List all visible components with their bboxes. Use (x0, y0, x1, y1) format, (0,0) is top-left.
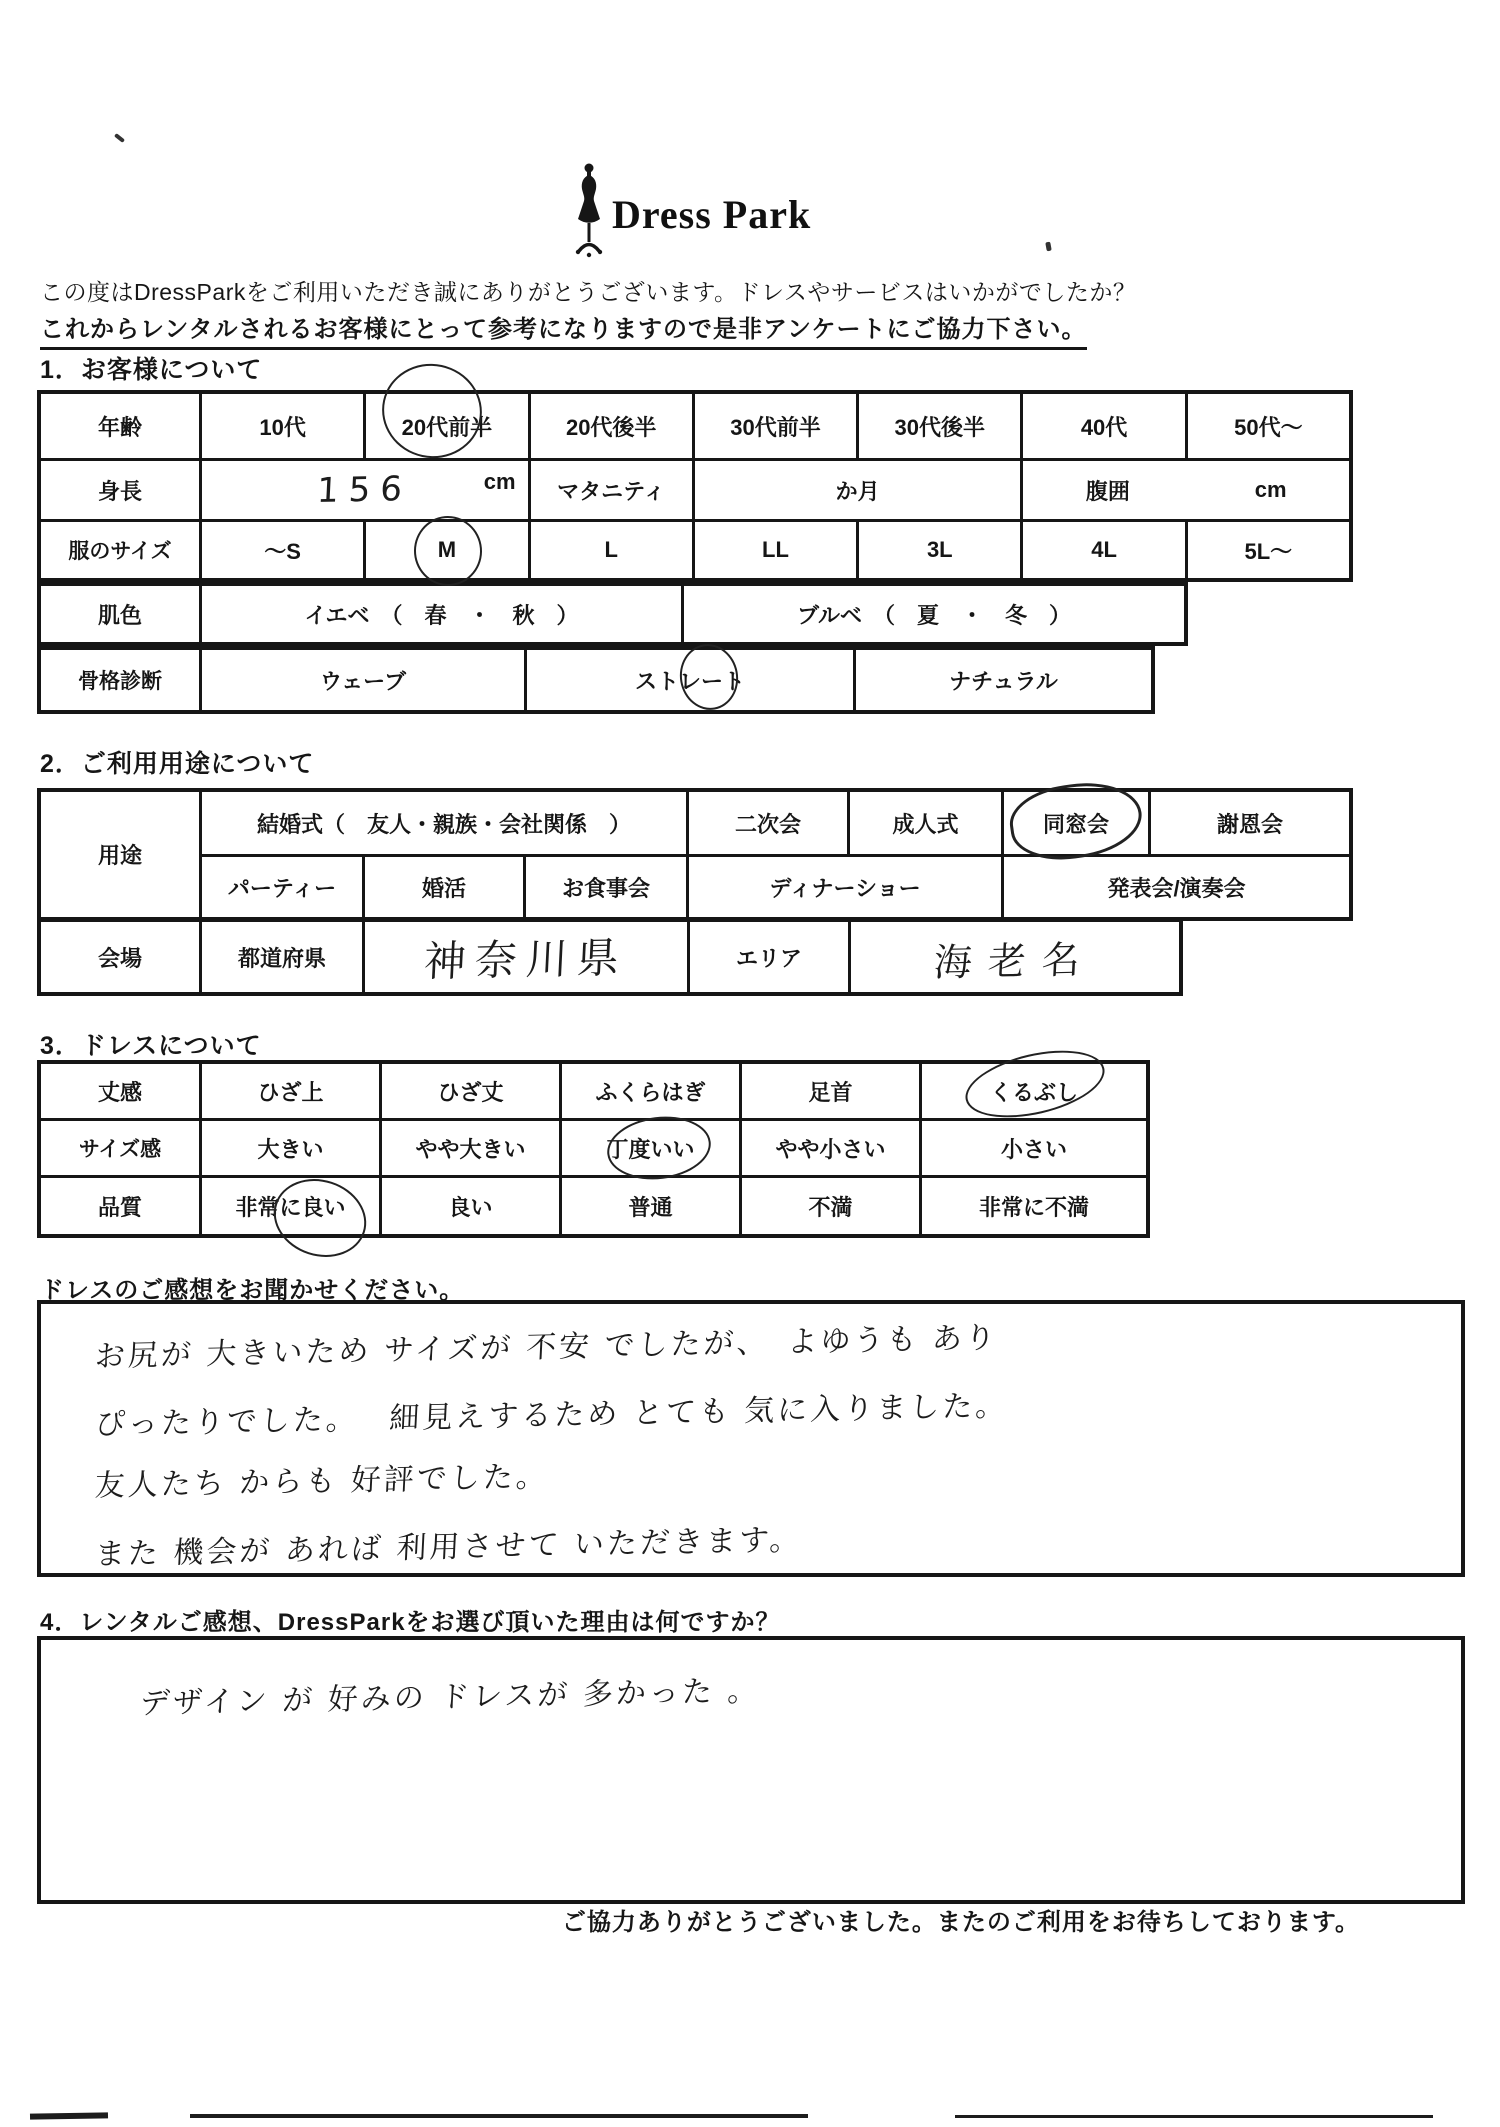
quality-option-normal: 普通 (562, 1178, 739, 1234)
intro-line1: この度はDressParkをご利用いただき誠にありがとうございます。ドレスやサー… (40, 274, 1136, 307)
brand-logo: Dress Park (574, 163, 811, 258)
quality-option-label: 非常に良い (235, 1191, 345, 1222)
purpose-row-label: 用途 (41, 792, 199, 917)
customer-table-main: 年齢 10代 20代前半 20代後半 30代前半 30代後半 40代 50代～ … (37, 390, 1353, 582)
age-option-50s: 50代～ (1188, 394, 1349, 458)
quality-option-very-good-selected: 非常に良い (202, 1178, 379, 1234)
purpose-option-recital: 発表会/演奏会 (1004, 857, 1349, 917)
quality-option-good: 良い (382, 1178, 559, 1234)
footer-thanks: ご協力ありがとうございました。またのご利用をお待ちしております。 (562, 1902, 1360, 1937)
age-option-early-20s-selected: 20代前半 (366, 394, 527, 458)
skin-row-label: 肌色 (41, 586, 199, 642)
section1-heading: 1．お客様について (40, 350, 262, 386)
fit-option-small: 小さい (922, 1121, 1146, 1175)
area-label: エリア (690, 922, 848, 992)
frame-row-label: 骨格診断 (41, 650, 199, 710)
quality-row-label: 品質 (41, 1178, 199, 1234)
age-option-label: 20代前半 (402, 411, 492, 442)
age-option-late-30s: 30代後半 (859, 394, 1020, 458)
quality-option-unsatisfied: 不満 (742, 1178, 919, 1234)
age-row-label: 年齢 (41, 394, 199, 458)
frame-option-straight-selected: ストレート (527, 650, 853, 710)
venue-table: 会場 都道府県 神奈川県 エリア 海老名 (37, 918, 1183, 996)
maternity-months-cell: か月 (695, 461, 1021, 519)
size-option-m-selected: M (366, 522, 527, 578)
purpose-option-afterparty: 二次会 (689, 792, 847, 854)
skin-option-yellow-base: イエベ （ 春 ・ 秋 ） (202, 586, 681, 642)
scan-speck (114, 133, 125, 143)
area-value-text: 海老名 (933, 928, 1098, 986)
purpose-option-dining: お食事会 (526, 857, 686, 917)
height-unit-label: cm (484, 469, 516, 495)
length-option-ankle: 足首 (742, 1064, 919, 1118)
fit-option-just-right-selected: 丁度いい (562, 1121, 739, 1175)
fit-option-slightly-big: やや大きい (382, 1121, 559, 1175)
venue-row-label: 会場 (41, 922, 199, 992)
purpose-option-matchmaking: 婚活 (365, 857, 523, 917)
section3-heading: 3．ドレスについて (40, 1026, 262, 1062)
section4-heading: 4．レンタルご感想、DressParkをお選び頂いた理由は何ですか？ (40, 1602, 781, 1637)
length-option-label: くるぶし (990, 1076, 1078, 1107)
purpose-option-wedding: 結婚式（ 友人・親族・会社関係 ） (202, 792, 686, 854)
age-option-late-20s: 20代後半 (531, 394, 692, 458)
frame-option-label: ストレート (635, 665, 745, 696)
length-option-above-knee: ひざ上 (202, 1064, 379, 1118)
scanned-questionnaire-page: Dress Park この度はDressParkをご利用いただき誠にありがとうご… (0, 0, 1500, 2127)
fit-option-big: 大きい (202, 1121, 379, 1175)
size-option-s: ～S (202, 522, 363, 578)
height-row-label: 身長 (41, 461, 199, 519)
size-option-3l: 3L (859, 522, 1020, 578)
purpose-option-thanksparty: 謝恩会 (1151, 792, 1349, 854)
size-option-l: L (531, 522, 692, 578)
dress-form-icon (574, 163, 604, 258)
frame-option-wave: ウェーブ (202, 650, 524, 710)
length-option-knee: ひざ丈 (382, 1064, 559, 1118)
size-option-label: M (438, 537, 456, 563)
size-option-ll: LL (695, 522, 856, 578)
brand-name: Dress Park (612, 195, 811, 235)
length-row-label: 丈感 (41, 1064, 199, 1118)
purpose-option-label: 同窓会 (1043, 808, 1109, 839)
prefecture-label: 都道府県 (202, 922, 362, 992)
dress-table: 丈感 ひざ上 ひざ丈 ふくらはぎ 足首 くるぶし サイズ感 大きい やや大きい … (37, 1060, 1150, 1238)
scan-artifact-line (190, 2114, 808, 2118)
scan-artifact-line (30, 2112, 108, 2119)
fit-option-slightly-small: やや小さい (742, 1121, 919, 1175)
area-handwritten-value: 海老名 (851, 922, 1179, 992)
purpose-option-comingofage: 成人式 (850, 792, 1001, 854)
waist-unit-label: cm (1255, 477, 1287, 503)
size-row-label: 服のサイズ (41, 522, 199, 578)
skin-option-blue-base: ブルベ （ 夏 ・ 冬 ） (684, 586, 1184, 642)
scan-artifact-line (955, 2115, 1433, 2118)
fit-row-label: サイズ感 (41, 1121, 199, 1175)
maternity-label: マタニティ (531, 461, 692, 519)
frame-option-natural: ナチュラル (856, 650, 1151, 710)
skin-tone-table: 肌色 イエベ （ 春 ・ 秋 ） ブルベ （ 夏 ・ 冬 ） (37, 582, 1188, 646)
waist-label: 腹囲 (1086, 475, 1130, 506)
length-option-anklebone-selected: くるぶし (922, 1064, 1146, 1118)
intro-line2: これからレンタルされるお客様にとって参考になりますので是非アンケートにご協力下さ… (40, 309, 1087, 350)
prefecture-value-text: 神奈川県 (423, 925, 630, 989)
fit-option-label: 丁度いい (606, 1133, 694, 1164)
age-option-10s: 10代 (202, 394, 363, 458)
purpose-option-reunion-selected: 同窓会 (1004, 792, 1148, 854)
quality-option-very-unsatisfied: 非常に不満 (922, 1178, 1146, 1234)
frame-diagnosis-table: 骨格診断 ウェーブ ストレート ナチュラル (37, 646, 1155, 714)
length-option-calf: ふくらはぎ (562, 1064, 739, 1118)
age-option-early-30s: 30代前半 (695, 394, 856, 458)
age-option-40s: 40代 (1023, 394, 1184, 458)
waist-cell: 腹囲 cm (1023, 461, 1349, 519)
size-option-4l: 4L (1023, 522, 1184, 578)
purpose-option-dinnershow: ディナーショー (689, 857, 1001, 917)
scan-speck (1045, 242, 1051, 252)
height-value-cell: 156 cm (202, 461, 528, 519)
purpose-table: 用途 結婚式（ 友人・親族・会社関係 ） 二次会 成人式 同窓会 謝恩会 パーテ… (37, 788, 1353, 921)
purpose-option-party: パーティー (202, 857, 362, 917)
prefecture-handwritten-value: 神奈川県 (365, 922, 687, 992)
height-handwritten-value: 156 (316, 469, 413, 511)
size-option-5l: 5L～ (1188, 522, 1349, 578)
section2-heading: 2．ご利用用途について (40, 744, 314, 780)
